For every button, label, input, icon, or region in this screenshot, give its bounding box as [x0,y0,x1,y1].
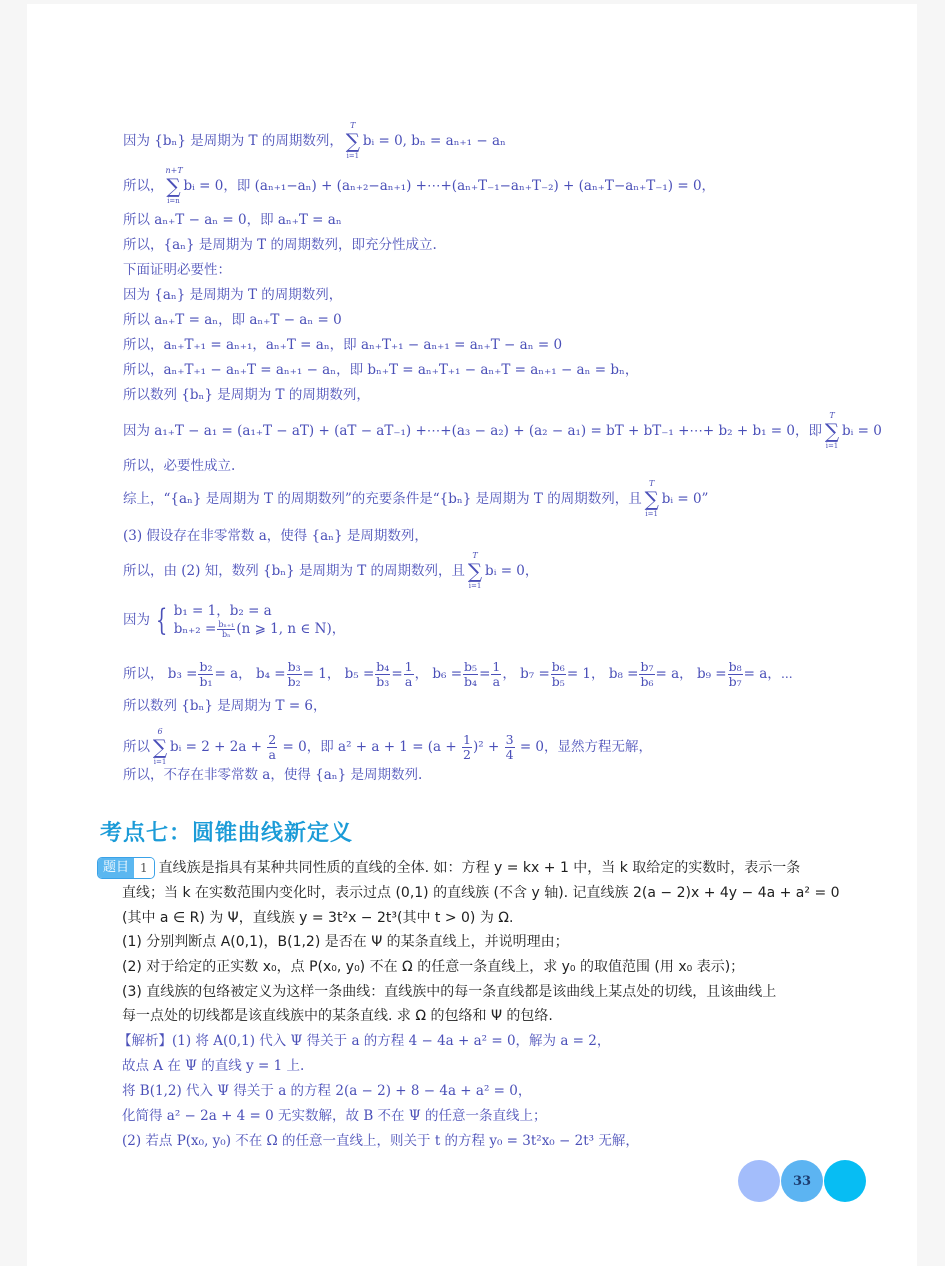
numerator: 1 [404,660,414,675]
fraction: b₄b₃ [375,660,390,689]
problem-line: (其中 a ∈ R) 为 Ψ，直线族 y = 3t²x − 2t³(其中 t >… [122,908,513,928]
page-number: 33 [781,1160,823,1202]
denominator: b₇ [729,675,742,689]
solution-line: 所以，aₙ₊T₊₁ = aₙ₊₁，aₙ₊T = aₙ，即 aₙ₊T₊₁ − aₙ… [123,336,562,354]
text: bᵢ = 0，即 (aₙ₊₁−aₙ) + (aₙ₊₂−aₙ₊₁) +⋯+(aₙ₊… [184,178,716,194]
numerator: 2 [267,733,277,748]
sum-upper-limit: T [824,411,840,420]
denominator: 2 [463,748,471,762]
text: b₃ = [168,666,198,682]
summation-symbol: ∑n+Ti=n [166,177,182,195]
numerator: b₄ [375,660,390,675]
text: 所以， [123,178,164,194]
sum-lower-limit: i=1 [824,442,840,450]
case-line: b₁ = 1，b₂ = a [174,602,346,620]
solution-line: 因为 {bₙ} 是周期为 T 的周期数列，∑Ti=1bᵢ = 0, bₙ = a… [123,132,506,150]
denominator: bₙ [222,630,231,639]
summation-symbol: ∑Ti=1 [345,132,361,150]
fraction: 1a [404,660,414,689]
fraction: 34 [505,733,515,762]
fraction: bₙ₊₁bₙ [217,620,235,639]
text: 所以 [123,739,150,755]
denominator: b₃ [376,675,389,689]
numerator: b₆ [551,660,566,675]
numerator: bₙ₊₁ [217,620,235,630]
fraction: 2a [267,733,277,762]
text: bᵢ = 0， [485,563,538,579]
text: = 0，即 a² + a + 1 = (a + [283,739,457,755]
section-title: 考点七：圆锥曲线新定义 [100,816,353,847]
solution-line: 所以数列 {bₙ} 是周期为 T = 6， [123,697,327,715]
text: (n ⩾ 1, n ∈ N)， [236,621,345,637]
sum-lower-limit: i=1 [345,152,361,160]
denominator: b₄ [464,675,477,689]
denominator: b₅ [552,675,565,689]
text: b₆ = [432,666,462,682]
numerator: b₈ [728,660,743,675]
text: ， [415,666,429,682]
text: = 1， [567,666,605,682]
text: b₈ = [609,666,639,682]
fraction: b₈b₇ [728,660,743,689]
summation-symbol: ∑Ti=1 [467,562,483,580]
text: = a， [214,666,251,682]
solution-line: 所以，{aₙ} 是周期为 T 的周期数列，即充分性成立. [123,236,437,254]
page-decoration-circle [738,1160,780,1202]
brace-symbol: { [156,606,167,636]
fraction: b₃b₂ [287,660,302,689]
solution-line: 所以，必要性成立. [123,457,235,475]
problem-badge: 题目1 [97,857,155,879]
case-line: bₙ₊₂ =bₙ₊₁bₙ(n ⩾ 1, n ∈ N)， [174,620,346,639]
denominator: a [493,675,500,689]
sum-upper-limit: n+T [166,166,182,175]
numerator: b₂ [198,660,213,675]
fraction: b₆b₅ [551,660,566,689]
problem-question: (3) 直线族的包络被定义为这样一条曲线：直线族中的每一条直线都是该曲线上某点处… [122,982,776,1002]
sum-lower-limit: i=1 [467,582,483,590]
sum-upper-limit: T [644,479,660,488]
problem-line: 题目1直线族是指具有某种共同性质的直线的全体. 如：方程 y = kx + 1 … [97,857,800,879]
text: 综上，“{aₙ} 是周期为 T 的周期数列”的充要条件是“{bₙ} 是周期为 T… [123,491,642,507]
solution-line: (3) 假设存在非零常数 a，使得 {aₙ} 是周期数列， [123,527,428,545]
equation-system: b₁ = 1，b₂ = a bₙ₊₂ =bₙ₊₁bₙ(n ⩾ 1, n ∈ N)… [174,602,346,639]
analysis-line: 化简得 a² − 2a + 4 = 0 无实数解，故 B 不在 Ψ 的任意一条直… [122,1107,546,1125]
solution-line: 因为 a₁₊T − a₁ = (a₁₊T − aT) + (aT − aT₋₁)… [123,422,882,440]
summation-symbol: ∑Ti=1 [824,422,840,440]
text: 直线族是指具有某种共同性质的直线的全体. 如：方程 y = kx + 1 中，当… [159,860,801,876]
solution-line: 所以，由 (2) 知，数列 {bₙ} 是周期为 T 的周期数列，且∑Ti=1bᵢ… [123,562,538,580]
problem-question: (2) 对于给定的正实数 x₀，点 P(x₀, y₀) 不在 Ω 的任意一条直线… [122,957,744,977]
sum-lower-limit: i=n [166,197,182,205]
solution-line: 综上，“{aₙ} 是周期为 T 的周期数列”的充要条件是“{bₙ} 是周期为 T… [123,490,708,508]
fraction: b₇b₆ [639,660,654,689]
summation-symbol: ∑6i=1 [152,738,168,756]
solution-line: 所以，不存在非零常数 a，使得 {aₙ} 是周期数列. [123,766,422,784]
text: bₙ₊₂ = [174,621,217,637]
numerator: 1 [462,733,472,748]
text: = a，⋯ [744,666,793,682]
text: = 0，显然方程无解， [520,739,652,755]
fraction: 12 [462,733,472,762]
text: 所以， [123,666,164,682]
text: = a， [656,666,693,682]
text: bᵢ = 2 + 2a + [170,739,262,755]
sum-lower-limit: i=1 [644,510,660,518]
text: = [391,666,402,682]
solution-line: 所以， b₃ =b₂b₁= a， b₄ =b₃b₂= 1， b₅ =b₄b₃=1… [123,660,793,689]
solution-line: 所以∑6i=1bᵢ = 2 + 2a + 2a = 0，即 a² + a + 1… [123,733,652,762]
sum-upper-limit: T [467,551,483,560]
badge-number: 1 [134,858,154,878]
denominator: a [405,675,412,689]
text: bᵢ = 0 [842,423,882,439]
numerator: b₅ [463,660,478,675]
text: = [479,666,490,682]
text: = 1， [303,666,341,682]
text: b₇ = [520,666,550,682]
fraction: b₂b₁ [198,660,213,689]
text: )² + [473,739,499,755]
summation-symbol: ∑Ti=1 [644,490,660,508]
problem-question: 每一点处的切线都是该直线族中的某条直线. 求 Ω 的包络和 Ψ 的包络. [122,1006,553,1026]
solution-line: 因为 { b₁ = 1，b₂ = a bₙ₊₂ =bₙ₊₁bₙ(n ⩾ 1, n… [123,602,345,639]
analysis-line: 将 B(1,2) 代入 Ψ 得关于 a 的方程 2(a − 2) + 8 − 4… [122,1082,531,1100]
problem-line: 直线；当 k 在实数范围内变化时，表示过点 (0,1) 的直线族 (不含 y 轴… [122,883,840,903]
text: 因为 {bₙ} 是周期为 T 的周期数列， [123,133,343,149]
text: 因为 [123,612,150,628]
solution-line: 所以 aₙ₊T = aₙ，即 aₙ₊T − aₙ = 0 [123,311,342,329]
text: 因为 a₁₊T − a₁ = (a₁₊T − aT) + (aT − aT₋₁)… [123,423,822,439]
badge-label: 题目 [98,858,134,878]
denominator: b₁ [199,675,212,689]
text: b₄ = [256,666,286,682]
text: bᵢ = 0” [662,491,709,507]
solution-line: 所以，aₙ₊T₊₁ − aₙ₊T = aₙ₊₁ − aₙ，即 bₙ₊T = aₙ… [123,361,638,379]
text: b₉ = [697,666,727,682]
text: ， [502,666,516,682]
numerator: 1 [491,660,501,675]
problem-question: (1) 分别判断点 A(0,1)，B(1,2) 是否在 Ψ 的某条直线上，并说明… [122,932,569,952]
solution-line: 所以，∑n+Ti=nbᵢ = 0，即 (aₙ₊₁−aₙ) + (aₙ₊₂−aₙ₊… [123,177,715,195]
numerator: b₃ [287,660,302,675]
analysis-line: (2) 若点 P(x₀, y₀) 不在 Ω 的任意一直线上，则关于 t 的方程 … [122,1132,639,1150]
numerator: b₇ [639,660,654,675]
analysis-line: 【解析】(1) 将 A(0,1) 代入 Ψ 得关于 a 的方程 4 − 4a +… [118,1032,610,1050]
numerator: 3 [505,733,515,748]
solution-line: 所以 aₙ₊T − aₙ = 0，即 aₙ₊T = aₙ [123,211,342,229]
sum-upper-limit: 6 [152,727,168,736]
text: 所以，由 (2) 知，数列 {bₙ} 是周期为 T 的周期数列，且 [123,563,465,579]
denominator: b₆ [640,675,653,689]
analysis-line: 故点 A 在 Ψ 的直线 y = 1 上. [122,1057,304,1075]
text: b₅ = [345,666,375,682]
denominator: a [269,748,276,762]
fraction: b₅b₄ [463,660,478,689]
text: bᵢ = 0, bₙ = aₙ₊₁ − aₙ [363,133,506,149]
page-decoration-circle [824,1160,866,1202]
solution-line: 下面证明必要性： [123,261,231,279]
sum-lower-limit: i=1 [152,758,168,766]
solution-line: 因为 {aₙ} 是周期为 T 的周期数列， [123,286,342,304]
solution-line: 所以数列 {bₙ} 是周期为 T 的周期数列， [123,386,370,404]
sum-upper-limit: T [345,121,361,130]
denominator: b₂ [288,675,301,689]
denominator: 4 [506,748,514,762]
fraction: 1a [491,660,501,689]
